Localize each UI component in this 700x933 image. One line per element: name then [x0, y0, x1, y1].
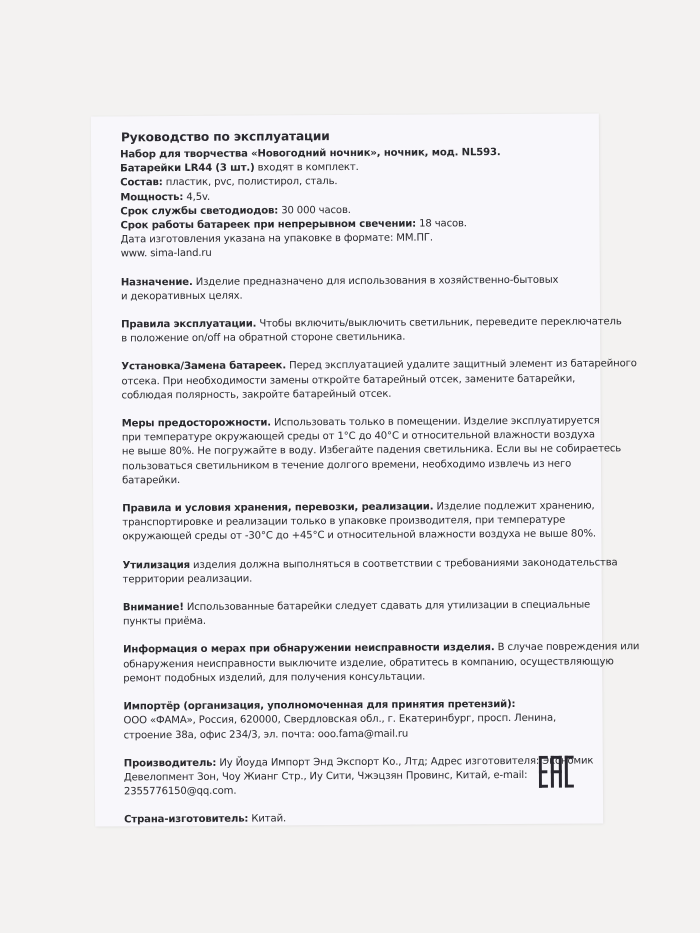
section-usage-rules: Правила эксплуатации. Чтобы включить/вык… — [121, 316, 581, 347]
section-line: Назначение. Изделие предназначено для ис… — [121, 273, 581, 290]
info-label: Набор для творчества «Новогодний ночник»… — [120, 147, 501, 160]
section-line: ООО «ФАМА», Россия, 620000, Свердловская… — [123, 712, 583, 729]
section-country: Страна-изготовитель: Китай. — [124, 811, 584, 828]
section-manufacturer: Производитель: Иу Йоуда Импорт Энд Экспо… — [124, 754, 584, 799]
info-label: Мощность: — [120, 192, 183, 203]
section-line: в положение on/off на обратной стороне с… — [121, 330, 581, 347]
section-attention: Внимание! Использованные батарейки следу… — [123, 599, 583, 630]
section-text: изделия должна выполняться в соответстви… — [190, 557, 618, 571]
section-text: Перед эксплуатацией удалите защитный эле… — [286, 359, 637, 372]
section-line: Утилизация изделия должна выполняться в … — [123, 556, 583, 573]
info-label: Батарейки LR44 (3 шт.) — [120, 163, 254, 175]
instruction-content: Руководство по эксплуатации Набор для тв… — [120, 127, 584, 828]
section-text: Использованные батарейки следует сдавать… — [184, 600, 590, 613]
section-text: Изделие предназначено для использования … — [193, 274, 559, 287]
section-line: и декоративных целях. — [121, 287, 581, 304]
section-line: Страна-изготовитель: Китай. — [124, 811, 584, 828]
section-line: обнаружения неисправности выключите изде… — [123, 655, 583, 672]
section-heading: Назначение. — [121, 277, 193, 288]
product-info-line: www. sima-land.ru — [121, 245, 581, 262]
section-heading: Правила эксплуатации. — [121, 319, 256, 331]
section-text: В случае повреждения или — [495, 642, 640, 654]
section-heading: Утилизация — [123, 560, 190, 571]
section-line: Девелопмент Зон, Чоу Жианг Стр., Иу Сити… — [124, 768, 584, 785]
instruction-sheet: Руководство по эксплуатации Набор для тв… — [91, 113, 603, 826]
eac-certification-mark-icon — [539, 756, 574, 788]
section-line: строение 38а, офис 234/3, эл. почта: ooo… — [124, 726, 584, 743]
section-purpose: Назначение. Изделие предназначено для ис… — [121, 273, 581, 304]
section-disposal: Утилизация изделия должна выполняться в … — [123, 556, 583, 587]
section-battery-install: Установка/Замена батареек. Перед эксплуа… — [121, 358, 581, 403]
section-heading: Страна-изготовитель: — [124, 814, 248, 826]
section-text: Иу Йоуда Импорт Энд Экспорт Ко., Лтд; Ад… — [216, 755, 593, 768]
info-value: пластик, pvc, полистирол, сталь. — [163, 176, 338, 188]
section-line: батарейки. — [122, 471, 582, 488]
section-line: соблюдая полярность, закройте батарейный… — [122, 386, 582, 403]
document-title: Руководство по эксплуатации — [121, 127, 580, 146]
section-heading: Производитель: — [124, 758, 217, 770]
section-heading: Импортёр (организация, уполномоченная дл… — [123, 699, 515, 712]
section-text: Изделие подлежит хранению, — [433, 501, 594, 513]
section-line: 2355776150@qq.com. — [124, 783, 584, 800]
section-text: Чтобы включить/выключить светильник, пер… — [256, 316, 621, 329]
section-text: Использовать только в помещении. Изделие… — [271, 416, 600, 429]
section-malfunction: Информация о мерах при обнаружении неисп… — [123, 641, 583, 686]
section-heading: Информация о мерах при обнаружении неисп… — [123, 643, 495, 656]
section-heading: Меры предосторожности. — [122, 418, 271, 430]
product-info: Набор для творчества «Новогодний ночник»… — [120, 146, 581, 262]
section-precautions: Меры предосторожности. Использовать толь… — [122, 415, 582, 489]
sections: Назначение. Изделие предназначено для ис… — [121, 273, 584, 828]
info-value: Дата изготовления указана на упаковке в … — [121, 233, 433, 246]
info-label: Срок работы батареек при непрерывном све… — [120, 219, 416, 232]
section-heading: Установка/Замена батареек. — [121, 361, 286, 373]
info-value: 30 000 часов. — [278, 205, 351, 216]
info-label: Состав: — [120, 178, 162, 189]
section-line: территории реализации. — [123, 570, 583, 587]
section-line: пользоваться светильником в течение долг… — [122, 457, 582, 474]
section-importer: Импортёр (организация, уполномоченная дл… — [123, 698, 583, 743]
info-label: Срок службы светодиодов: — [120, 205, 278, 217]
section-heading: Внимание! — [123, 602, 184, 613]
section-line: ремонт подобных изделий, для получения к… — [123, 669, 583, 686]
info-value: входят в комплект. — [255, 162, 359, 174]
info-value: www. sima-land.ru — [121, 248, 212, 260]
section-line: отсека. При необходимости замены откройт… — [121, 372, 581, 389]
section-line: окружающей среды от -30°C до +45°C и отн… — [122, 528, 582, 545]
section-text: Китай. — [248, 814, 286, 825]
section-storage: Правила и условия хранения, перевозки, р… — [122, 500, 582, 545]
section-heading: Правила и условия хранения, перевозки, р… — [122, 502, 433, 515]
section-line: пункты приёма. — [123, 613, 583, 630]
info-value: 18 часов. — [416, 218, 467, 229]
info-value: 4,5v. — [183, 191, 210, 202]
